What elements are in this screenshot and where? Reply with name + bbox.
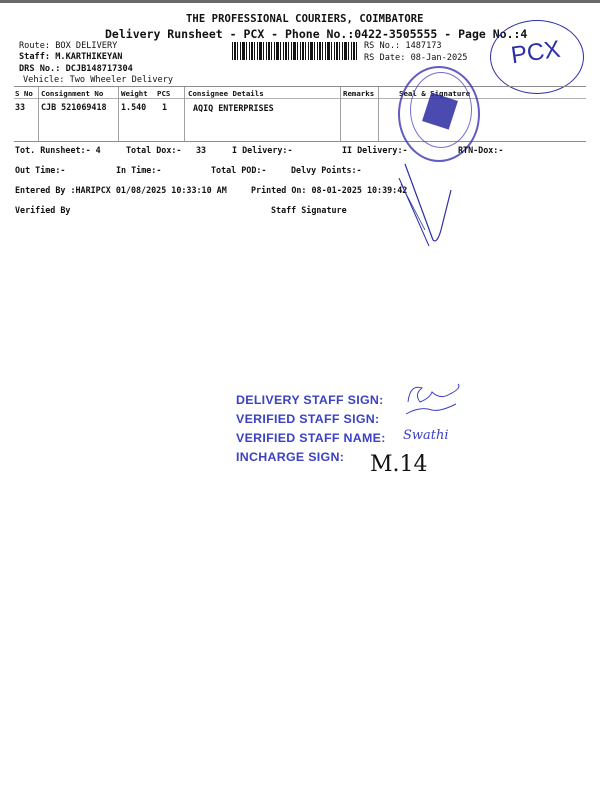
cell-weight: 1.540 xyxy=(121,102,146,112)
table-top-border xyxy=(14,86,586,87)
col-divider xyxy=(38,87,39,141)
total-dox-value: 33 xyxy=(196,145,206,155)
col-divider xyxy=(340,87,341,141)
verified-staff-sign-label: VERIFIED STAFF SIGN: xyxy=(236,412,379,426)
th-consignee-details: Consignee Details xyxy=(188,89,264,98)
out-time: Out Time:- xyxy=(15,165,65,175)
cell-consignee: AQIQ ENTERPRISES xyxy=(193,103,274,113)
verified-staff-name-handwritten: Swathi xyxy=(403,428,449,443)
delivery-staff-sign-label: DELIVERY STAFF SIGN: xyxy=(236,393,384,407)
scan-edge xyxy=(0,0,600,3)
tot-runsheet: Tot. Runsheet:- 4 xyxy=(15,145,101,155)
delivery-staff-signature xyxy=(400,380,470,420)
table-header-border xyxy=(14,98,586,99)
staff-signature-scribble xyxy=(395,160,455,250)
cell-consignment-no: CJB 521069418 xyxy=(41,102,107,112)
col-divider xyxy=(378,87,379,141)
drs-number: DRS No.: DCJB148717304 xyxy=(19,64,133,74)
staff-label: Staff: M.KARTHIKEYAN xyxy=(19,52,122,62)
cell-s-no: 33 xyxy=(15,102,25,112)
th-remarks: Remarks xyxy=(343,89,374,98)
company-title: THE PROFESSIONAL COURIERS, COIMBATORE xyxy=(186,13,424,25)
incharge-sign-label: INCHARGE SIGN: xyxy=(236,450,344,464)
verified-staff-name-label: VERIFIED STAFF NAME: xyxy=(236,431,386,445)
th-weight: Weight xyxy=(121,89,148,98)
pcx-stamp: PCX xyxy=(490,20,584,94)
th-consignment-no: Consignment No xyxy=(41,89,103,98)
ii-delivery: II Delivery:- xyxy=(342,145,408,155)
delvy-points: Delvy Points:- xyxy=(291,165,362,175)
route-label: Route: BOX DELIVERY xyxy=(19,41,117,51)
verified-by: Verified By xyxy=(15,205,70,215)
runsheet-subtitle: Delivery Runsheet - PCX - Phone No.:0422… xyxy=(105,27,527,41)
cell-pcs: 1 xyxy=(162,102,167,112)
vehicle-label: Vehicle: Two Wheeler Delivery xyxy=(23,75,173,85)
printed-on: Printed On: 08-01-2025 10:39:42 xyxy=(251,185,407,195)
in-time: In Time:- xyxy=(116,165,161,175)
col-divider xyxy=(184,87,185,141)
incharge-signature-handwritten: M.14 xyxy=(370,452,428,477)
rtn-dox: RTN-Dox:- xyxy=(458,145,503,155)
pcx-stamp-text: PCX xyxy=(509,36,562,71)
total-dox-label: Total Dox:- xyxy=(126,145,181,155)
rs-number: RS No.: 1487173 xyxy=(364,41,442,51)
i-delivery: I Delivery:- xyxy=(232,145,293,155)
table-bottom-border xyxy=(14,141,586,142)
total-pod: Total POD:- xyxy=(211,165,266,175)
barcode xyxy=(232,42,358,60)
rs-date: RS Date: 08-Jan-2025 xyxy=(364,53,467,63)
th-pcs: PCS xyxy=(157,89,170,98)
th-s-no: S No xyxy=(15,89,33,98)
col-divider xyxy=(118,87,119,141)
entered-by: Entered By :HARIPCX 01/08/2025 10:33:10 … xyxy=(15,185,227,195)
staff-signature-label: Staff Signature xyxy=(271,205,347,215)
